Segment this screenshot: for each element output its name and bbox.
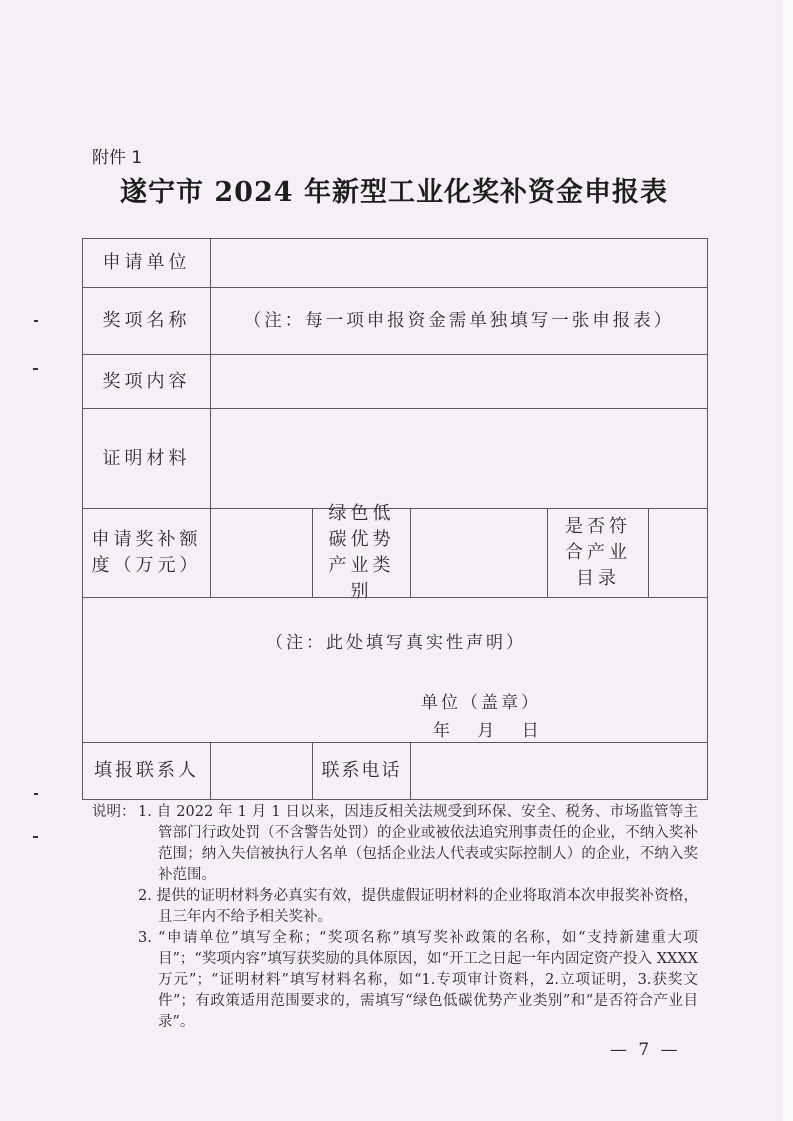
page-edge <box>783 0 793 1121</box>
note-item-1: 1. 自 2022 年 1 月 1 日以来，因违反相关法规受到环保、安全、税务、… <box>138 802 698 886</box>
award-content-field[interactable] <box>210 354 708 409</box>
note-item-2: 2. 提供的证明材料务必真实有效，提供虚假证明材料的企业将取消本次申报奖补资格，… <box>138 886 698 928</box>
catalog-label: 是否符合产业目录 <box>547 508 649 598</box>
phone-label: 联系电话 <box>312 742 411 800</box>
applicant-label: 申请单位 <box>82 238 211 288</box>
phone-field[interactable] <box>410 742 708 800</box>
margin-mark <box>34 320 38 322</box>
amount-label: 申请奖补额度（万元） <box>82 508 211 598</box>
application-form-table: 申请单位 奖项名称 （注：每一项申报资金需单独填写一张申报表） 奖项内容 证明材… <box>82 238 708 800</box>
declaration-date-label: 年 月 日 <box>433 718 543 744</box>
green-category-label: 绿色低碳优势产业类别 <box>312 508 411 598</box>
notes-label: 说明： <box>92 802 136 823</box>
note-item-3: 3. “申请单位”填写全称；“奖项名称”填写奖补政策的名称，如“支持新建重大项目… <box>138 928 698 1033</box>
award-name-field[interactable]: （注：每一项申报资金需单独填写一张申报表） <box>210 287 708 355</box>
green-category-field[interactable] <box>410 508 548 598</box>
margin-mark <box>34 793 38 795</box>
contact-field[interactable] <box>210 742 313 800</box>
margin-mark <box>33 836 38 838</box>
applicant-field[interactable] <box>210 238 708 288</box>
contact-label: 填报联系人 <box>82 742 211 800</box>
catalog-field[interactable] <box>648 508 708 598</box>
document-title: 遂宁市 2024 年新型工业化奖补资金申报表 <box>120 170 668 209</box>
page-number: — 7 — <box>610 1040 678 1060</box>
declaration-box[interactable]: （注：此处填写真实性声明） 单位（盖章） 年 月 日 <box>82 597 708 743</box>
award-content-label: 奖项内容 <box>82 354 211 409</box>
evidence-label: 证明材料 <box>82 408 211 509</box>
attachment-label: 附件 1 <box>92 143 142 168</box>
declaration-seal-label: 单位（盖章） <box>421 690 541 716</box>
margin-mark <box>33 368 38 370</box>
declaration-note: （注：此处填写真实性声明） <box>83 630 709 656</box>
award-name-label: 奖项名称 <box>82 287 211 355</box>
amount-field[interactable] <box>210 508 313 598</box>
evidence-field[interactable] <box>210 408 708 509</box>
